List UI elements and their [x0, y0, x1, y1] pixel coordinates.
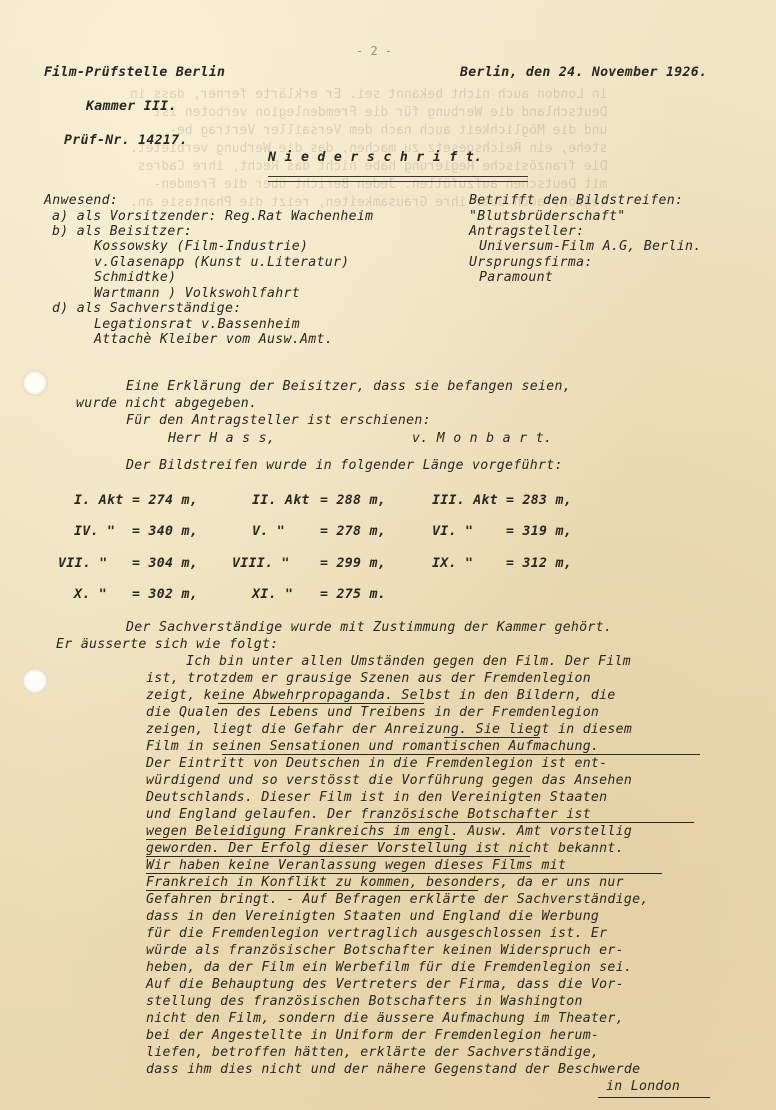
- testimony-line: stellung des französischen Botschafters …: [146, 995, 583, 1008]
- act-label: VIII. ": [232, 557, 290, 570]
- testimony-line: zeigen, liegt die Gefahr der Anreizung. …: [146, 723, 632, 736]
- testimony-line: heben, da der Film ein Werbefilm für die…: [146, 961, 632, 974]
- act-label: III. Akt: [432, 494, 498, 507]
- testimony-intro: Der Sachverständige wurde mit Zustimmung…: [126, 621, 612, 634]
- subject-heading: Betrifft den Bildstreifen:: [469, 194, 683, 207]
- underline: [146, 856, 530, 857]
- act-length: = 283 m,: [506, 494, 572, 507]
- act-length: = 274 m,: [132, 494, 198, 507]
- testimony-line: bei der Angestellte in Uniform der Fremd…: [146, 1029, 599, 1042]
- act-label: X. ": [74, 588, 107, 601]
- testimony-line: Frankreich in Konflikt zu kommen, besond…: [146, 876, 624, 889]
- testimony-line: geworden. Der Erfolg dieser Vorstellung …: [146, 842, 624, 855]
- testimony-line: Wir haben keine Veranlassung wegen diese…: [146, 859, 566, 872]
- act-length: = 340 m,: [132, 525, 198, 538]
- underline: [146, 839, 454, 840]
- applicant: Universum-Film A.G, Berlin.: [479, 240, 701, 253]
- act-label: VI. ": [432, 525, 473, 538]
- act-label: IV. ": [74, 525, 115, 538]
- testimony-line: wegen Beleidigung Frankreichs im engl. A…: [146, 825, 632, 838]
- act-length: = 275 m.: [320, 588, 386, 601]
- document-title: N i e d e r s c h r i f t.: [268, 151, 482, 164]
- assessor: Schmidtke): [94, 271, 176, 284]
- assessor: Wartmann ) Volkswohlfahrt: [94, 287, 300, 300]
- film-title: "Blutsbrüderschaft": [469, 210, 626, 223]
- assessor: Kossowsky (Film-Industrie): [94, 240, 308, 253]
- underline: [146, 873, 662, 874]
- testimony-line: die Qualen des Lebens und Treibens in de…: [146, 706, 599, 719]
- act-length: = 278 m,: [320, 525, 386, 538]
- act-length: = 299 m,: [320, 557, 386, 570]
- testimony-line: dass in den Vereinigten Staaten und Engl…: [146, 910, 599, 923]
- testimony-line: zeigt, keine Abwehrpropaganda. Selbst in…: [146, 689, 616, 702]
- testimony-line: für die Fremdenlegion vertraglich ausges…: [146, 927, 607, 940]
- act-label: VII. ": [58, 557, 107, 570]
- punch-hole-bottom: [22, 668, 48, 694]
- testimony-last-line: in London: [606, 1080, 680, 1093]
- underline: [218, 703, 424, 704]
- attendees-heading: Anwesend:: [44, 194, 118, 207]
- testimony-line: Deutschlands. Dieser Film ist in den Ver…: [146, 791, 607, 804]
- assessor: v.Glasenapp (Kunst u.Literatur): [94, 256, 349, 269]
- testimony-line: Auf die Behauptung des Vertreters der Fi…: [146, 978, 624, 991]
- underline: [364, 822, 694, 823]
- proceedings-line: Der Bildstreifen wurde in folgender Läng…: [126, 459, 563, 472]
- underline: [222, 754, 700, 755]
- testimony-line: Gefahren bringt. - Auf Befragen erklärte…: [146, 893, 649, 906]
- page-number: - 2 -: [356, 44, 392, 58]
- testimony-line: nicht den Film, sondern die äussere Aufm…: [146, 1012, 624, 1025]
- applicant-heading: Antragsteller:: [469, 225, 584, 238]
- testimony-line: und England gelaufen. Der französische B…: [146, 808, 591, 821]
- testimony-line: liefen, betroffen hätten, erklärte der S…: [146, 1046, 599, 1059]
- assessors-heading: b) als Beisitzer:: [52, 225, 192, 238]
- proceedings-line: Eine Erklärung der Beisitzer, dass sie b…: [126, 380, 571, 393]
- act-label: II. Akt: [252, 494, 310, 507]
- office-name: Film-Prüfstelle Berlin: [44, 66, 225, 79]
- representative: v. M o n b a r t.: [412, 432, 552, 445]
- review-number: Prüf-Nr. 14217.: [64, 134, 188, 147]
- origin-heading: Ursprungsfirma:: [469, 256, 593, 269]
- testimony-line: würde als französischer Botschafter kein…: [146, 944, 624, 957]
- expert: Legationsrat v.Bassenheim: [94, 318, 300, 331]
- underline: [598, 1097, 710, 1098]
- title-double-underline: [268, 176, 528, 182]
- act-label: IX. ": [432, 557, 473, 570]
- testimony-line: würdigend und so verstösst die Vorführun…: [146, 774, 632, 787]
- testimony-line: Film in seinen Sensationen und romantisc…: [146, 740, 599, 753]
- act-label: V. ": [252, 525, 285, 538]
- date-line: Berlin, den 24. November 1926.: [460, 66, 707, 79]
- experts-heading: d) als Sachverständige:: [52, 302, 242, 315]
- proceedings-line: Für den Antragsteller ist erschienen:: [126, 414, 431, 427]
- document-page: in London auch nicht bekannt sei. Er erk…: [0, 0, 776, 1110]
- underline: [444, 737, 540, 738]
- chamber: Kammer III.: [86, 100, 177, 113]
- testimony-line: dass ihm dies nicht und der nähere Gegen…: [146, 1063, 640, 1076]
- underline: [146, 890, 478, 891]
- testimony-line: Der Eintritt von Deutschen in die Fremde…: [146, 757, 607, 770]
- testimony-line: ist, trotzdem er grausige Szenen aus der…: [146, 672, 591, 685]
- act-length: = 304 m,: [132, 557, 198, 570]
- proceedings-line: wurde nicht abgegeben.: [76, 397, 257, 410]
- act-label: XI. ": [252, 588, 293, 601]
- act-length: = 319 m,: [506, 525, 572, 538]
- act-label: I. Akt: [74, 494, 123, 507]
- testimony-line: Ich bin unter allen Umständen gegen den …: [186, 655, 631, 668]
- act-length: = 312 m,: [506, 557, 572, 570]
- origin: Paramount: [479, 271, 553, 284]
- testimony-intro: Er äusserte sich wie folgt:: [56, 638, 278, 651]
- act-length: = 302 m,: [132, 588, 198, 601]
- representative: Herr H a s s,: [168, 432, 275, 445]
- act-length: = 288 m,: [320, 494, 386, 507]
- chair: a) als Vorsitzender: Reg.Rat Wachenheim: [52, 210, 373, 223]
- punch-hole-top: [22, 370, 48, 396]
- expert: Attachè Kleiber vom Ausw.Amt.: [94, 333, 333, 346]
